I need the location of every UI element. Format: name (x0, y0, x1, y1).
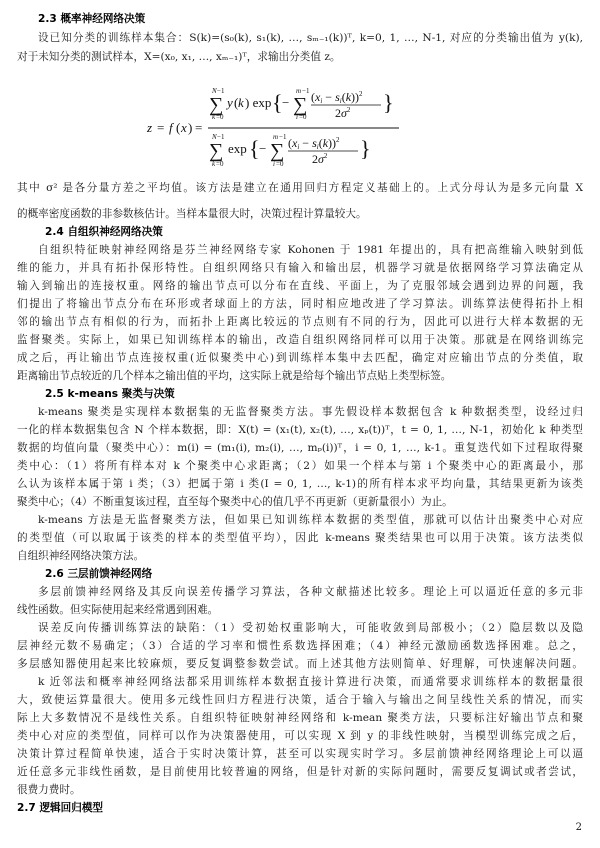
text-line: 类中心对应的类型值，同样可以作为决策器使用，可以实现 X 到 y 的非线性映射，… (17, 729, 583, 743)
text-line: 决策计算过程简单快速，适合于实时决策计算，甚至可以实现实时学习。多层前馈神经网络… (17, 747, 583, 761)
text-line: 的概率密度函数的非参数核估计。当样本量很大时，决策过程计算量较大。 (17, 207, 583, 221)
text-line: 自组织神经网络决策方法。 (17, 549, 583, 563)
svg-text:=0: =0 (276, 160, 284, 168)
page-number: 2 (576, 822, 582, 833)
text-line: 们提出了将输出节点分布在环形或者球面上的方法，同时相应地改进了学习算法。训练算法… (17, 297, 583, 311)
text-line: 距离输出节点较近的几个样本之输出值的平均，这实际上就是给每个输出节点贴上类型标签… (17, 369, 583, 383)
text-line: k-means 聚类是实现样本数据集的无监督聚类方法。事先假设样本数据包含 k … (38, 405, 583, 419)
text-line: k-means 方法是无监督聚类方法，但如果已知训练样本数据的类型值，那就可以估… (38, 513, 583, 527)
svg-text:}: } (383, 90, 394, 115)
text-line: 数据的均值向量（聚类中心）：m(i) = (m₁(i), m₂(i), …, m… (17, 441, 583, 455)
text-line: 误差反向传播训练算法的缺陷：（1）受初始权重影响大，可能收敛到局部极小；（2）隐… (38, 621, 583, 635)
text-line: 维的能力，并具有拓扑保形特性。自组织网络只有输入和输出层，机器学习就是依据网络学… (17, 261, 583, 275)
text-line: 很费力费时。 (17, 783, 583, 797)
svg-text:x: x (180, 120, 187, 135)
svg-text:=: = (157, 120, 164, 135)
text-line: 输入到输出的连接权重。网络的输出节点可以分布在直线、平面上，为了克服邻域会遇到边… (17, 279, 583, 293)
svg-text:=0: =0 (216, 160, 224, 168)
svg-text:{: { (249, 136, 260, 161)
svg-text:{: { (272, 90, 283, 115)
svg-text:−: − (259, 141, 266, 156)
text-line: 成之后，再让输出节点连接权重(近似聚类中心)到训练样本集中去匹配，确定对应输出节… (17, 351, 583, 365)
svg-text:y: y (225, 95, 233, 110)
svg-text:=0: =0 (216, 113, 224, 121)
text-line: 的类型值（可以取属于该类的样本的类型值平均），因此 k-means 聚类结果也可… (17, 531, 583, 545)
text-line: 多层前馈神经网络及其反向误差传播学习算法，各种文献描述比较多。理论上可以逼近任意… (38, 585, 583, 599)
text-line: 多层感知器使用起来比较麻烦，要反复调整参数尝试。而上述其他方法则简单、好理解，可… (17, 657, 583, 671)
text-line: 一化的样本数据集包含 N 个样本数据，即：X(t) = (x₁(t), x₂(t… (17, 423, 583, 437)
text-line: 对于未知分类的测试样本，X=(x₀, x₁, …, xₘ₋₁)ᵀ，求输出分类值 … (17, 50, 583, 64)
svg-text:−: − (282, 95, 289, 110)
svg-text:}: } (360, 136, 371, 161)
svg-text:(xi − si(k))2: (xi − si(k))2 (288, 136, 340, 151)
text-line: 自组织特征映射神经网络是芬兰神经网络专家 Kohonen 于 1981 年提出的… (38, 243, 583, 257)
svg-text:(: ( (176, 120, 180, 135)
text-line: k 近邻法和概率神经网络法都采用训练样本数据直接计算进行决策，而通常要求训练样本… (38, 675, 583, 689)
text-line: 邻的输出节点有相似的行为，而拓扑上距离比较远的节点则有不同的行为，因此可以进行大… (17, 315, 583, 329)
text-line: 其中 σ² 是各分量方差之平均值。该方法是建立在通用回归方程定义基础上的。上式分… (17, 181, 583, 195)
section-heading-2-7: 2.7 逻辑回归模型 (17, 801, 103, 815)
svg-text:2σ2: 2σ2 (312, 152, 328, 166)
svg-text:z: z (146, 120, 152, 135)
svg-text:∑: ∑ (270, 140, 284, 162)
text-line: 类中心：（1）将所有样本对 k 个聚类中心求距离；（2）如果一个样本与第 i 个… (17, 459, 583, 473)
section-heading-2-5: 2.5 k-means 聚类与决策 (45, 387, 175, 401)
text-line: 线性函数。但实际使用起来经常遇到困难。 (17, 603, 583, 617)
text-line: 监督聚类。实际上，如果已知训练样本的输出，改造自组织网络同样可以用于决策。那就是… (17, 333, 583, 347)
section-heading-2-6: 2.6 三层前馈神经网络 (45, 567, 152, 581)
svg-text:): ) (188, 120, 192, 135)
text-line: 大，致使运算量很大。使用多元线性回归方程进行决策，适合于输入与输出之间呈线性关系… (17, 693, 583, 707)
section-heading-2-4: 2.4 自组织神经网络决策 (45, 225, 163, 239)
text-line: 际上大多数情况不是线性关系。自组织特征映射神经网络和 k-mean 聚类方法，只… (17, 711, 583, 725)
svg-text:i: i (296, 113, 298, 121)
svg-text:∑: ∑ (209, 140, 223, 162)
text-line: 么认为该样本属于第 i 类；（3）把属于第 i 类(I = 0, 1, …, k… (17, 477, 583, 491)
svg-text:k: k (238, 95, 244, 110)
svg-text:i: i (273, 160, 275, 168)
svg-text:) exp: ) exp (245, 95, 271, 110)
svg-text:(xi − si(k))2: (xi − si(k))2 (311, 90, 363, 105)
svg-text:=0: =0 (299, 113, 307, 121)
text-line: 层神经元数不易确定；（3）合适的学习率和惯性系数选择困难；（4）神经元激励函数选… (17, 639, 583, 653)
section-heading-2-3: 2.3 概率神经网络决策 (38, 12, 145, 26)
svg-text:2σ2: 2σ2 (335, 106, 351, 120)
text-line: 近任意多元非线性函数，是目前使用比较普遍的网络，但是针对新的实际问题时，需要反复… (17, 765, 583, 779)
svg-text:f: f (169, 120, 175, 135)
text-line: 设已知分类的训练样本集合：S(k)=(s₀(k), s₁(k), …, sₘ₋₁… (38, 31, 583, 45)
svg-text:exp: exp (228, 141, 247, 156)
svg-text:=: = (195, 120, 202, 135)
probabilistic-nn-formula: z = f (x) = N−1 ∑ k=0 y(k) exp { − m−1 ∑… (145, 84, 445, 172)
text-line: 聚类中心；（4）不断重复该过程，直至每个聚类中心的值几乎不再更新（更新量很小）为… (17, 495, 583, 509)
